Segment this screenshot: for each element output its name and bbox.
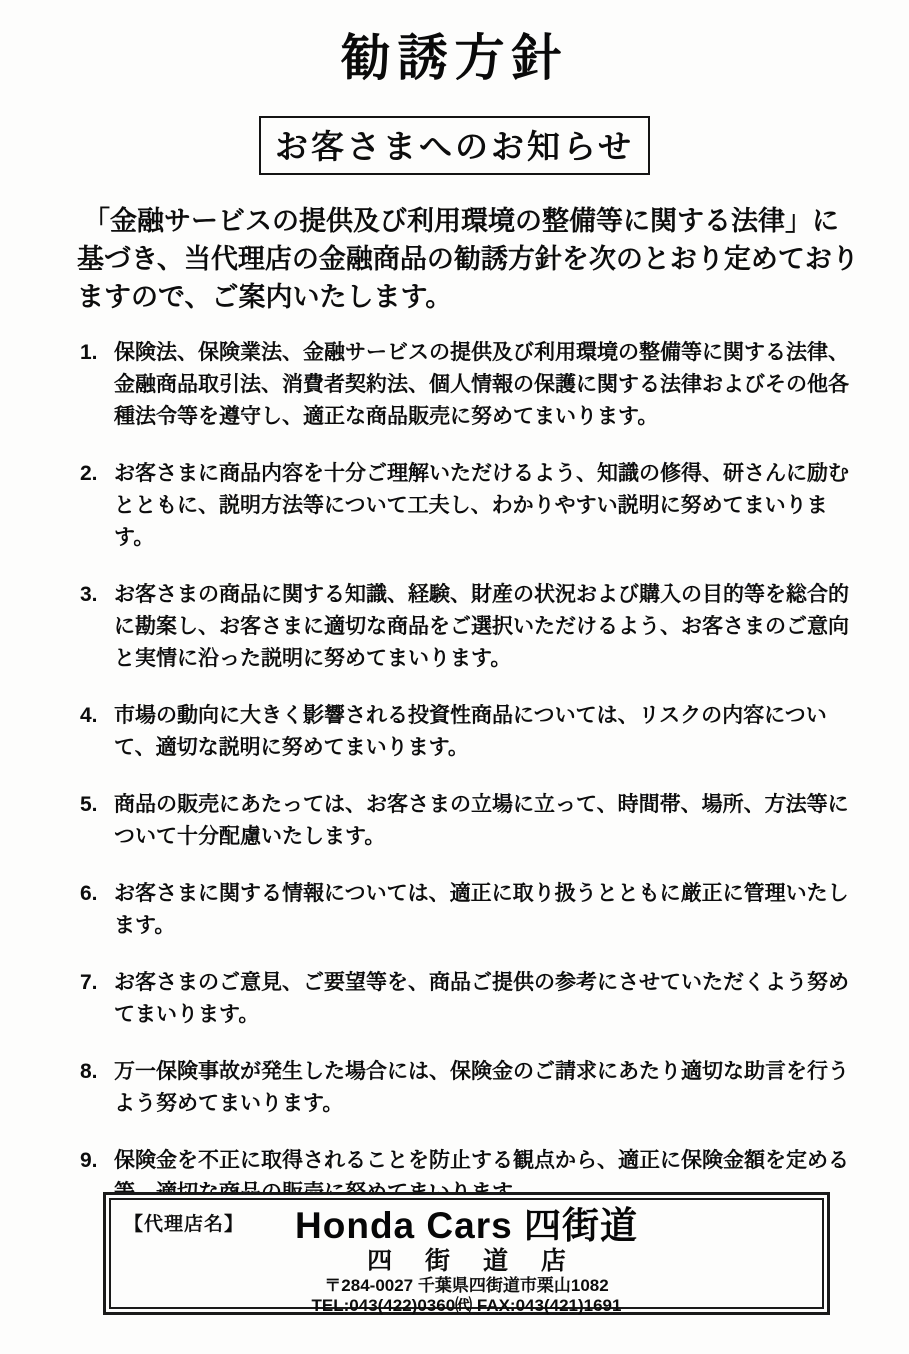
item-number: 5. [80, 789, 114, 853]
document-page: 勧誘方針 お客さまへのお知らせ 「金融サービスの提供及び利用環境の整備等に関する… [0, 0, 909, 1354]
agency-box-inner: 【代理店名】 Honda Cars 四街道 四 街 道 店 〒284-0027 … [109, 1198, 824, 1309]
item-text: お客さまの商品に関する知識、経験、財産の状況および購入の目的等を総合的に勘案し、… [114, 579, 858, 675]
item-number: 1. [80, 337, 114, 433]
agency-address: 〒284-0027 千葉県四街道市栗山1082 [111, 1276, 822, 1296]
agency-box: 【代理店名】 Honda Cars 四街道 四 街 道 店 〒284-0027 … [103, 1192, 830, 1315]
item-number: 3. [80, 579, 114, 675]
policy-item: 2. お客さまに商品内容を十分ご理解いただけるよう、知識の修得、研さんに励むとと… [80, 458, 858, 554]
policy-item: 5. 商品の販売にあたっては、お客さまの立場に立って、時間帯、場所、方法等につい… [80, 789, 858, 853]
policy-item: 7. お客さまのご意見、ご要望等を、商品ご提供の参考にさせていただくよう努めてま… [80, 967, 858, 1031]
agency-label: 【代理店名】 [124, 1209, 244, 1236]
item-text: 商品の販売にあたっては、お客さまの立場に立って、時間帯、場所、方法等について十分… [114, 789, 858, 853]
agency-branch: 四 街 道 店 [111, 1247, 822, 1275]
item-number: 6. [80, 878, 114, 942]
item-number: 8. [80, 1056, 114, 1120]
item-number: 2. [80, 458, 114, 554]
policy-item-list: 1. 保険法、保険業法、金融サービスの提供及び利用環境の整備等に関する法律、金融… [80, 337, 858, 1234]
item-text: 保険法、保険業法、金融サービスの提供及び利用環境の整備等に関する法律、金融商品取… [114, 337, 858, 433]
policy-item: 3. お客さまの商品に関する知識、経験、財産の状況および購入の目的等を総合的に勘… [80, 579, 858, 675]
item-text: お客さまに商品内容を十分ご理解いただけるよう、知識の修得、研さんに励むとともに、… [114, 458, 858, 554]
item-text: 市場の動向に大きく影響される投資性商品については、リスクの内容について、適切な説… [114, 700, 858, 764]
item-text: お客さまのご意見、ご要望等を、商品ご提供の参考にさせていただくよう努めてまいりま… [114, 967, 858, 1031]
page-title: 勧誘方針 [0, 18, 909, 90]
item-number: 7. [80, 967, 114, 1031]
notice-row: お客さまへのお知らせ [0, 116, 909, 175]
item-number: 4. [80, 700, 114, 764]
agency-telfax: TEL:043(422)0360㈹ FAX:043(421)1691 [111, 1296, 822, 1316]
policy-item: 8. 万一保険事故が発生した場合には、保険金のご請求にあたり適切な助言を行うよう… [80, 1056, 858, 1120]
notice-box: お客さまへのお知らせ [259, 116, 650, 175]
intro-paragraph: 「金融サービスの提供及び利用環境の整備等に関する法律」に基づき、当代理店の金融商… [77, 202, 863, 316]
item-text: お客さまに関する情報については、適正に取り扱うとともに厳正に管理いたします。 [114, 878, 858, 942]
policy-item: 6. お客さまに関する情報については、適正に取り扱うとともに厳正に管理いたします… [80, 878, 858, 942]
policy-item: 1. 保険法、保険業法、金融サービスの提供及び利用環境の整備等に関する法律、金融… [80, 337, 858, 433]
item-text: 万一保険事故が発生した場合には、保険金のご請求にあたり適切な助言を行うよう努めて… [114, 1056, 858, 1120]
policy-item: 4. 市場の動向に大きく影響される投資性商品については、リスクの内容について、適… [80, 700, 858, 764]
